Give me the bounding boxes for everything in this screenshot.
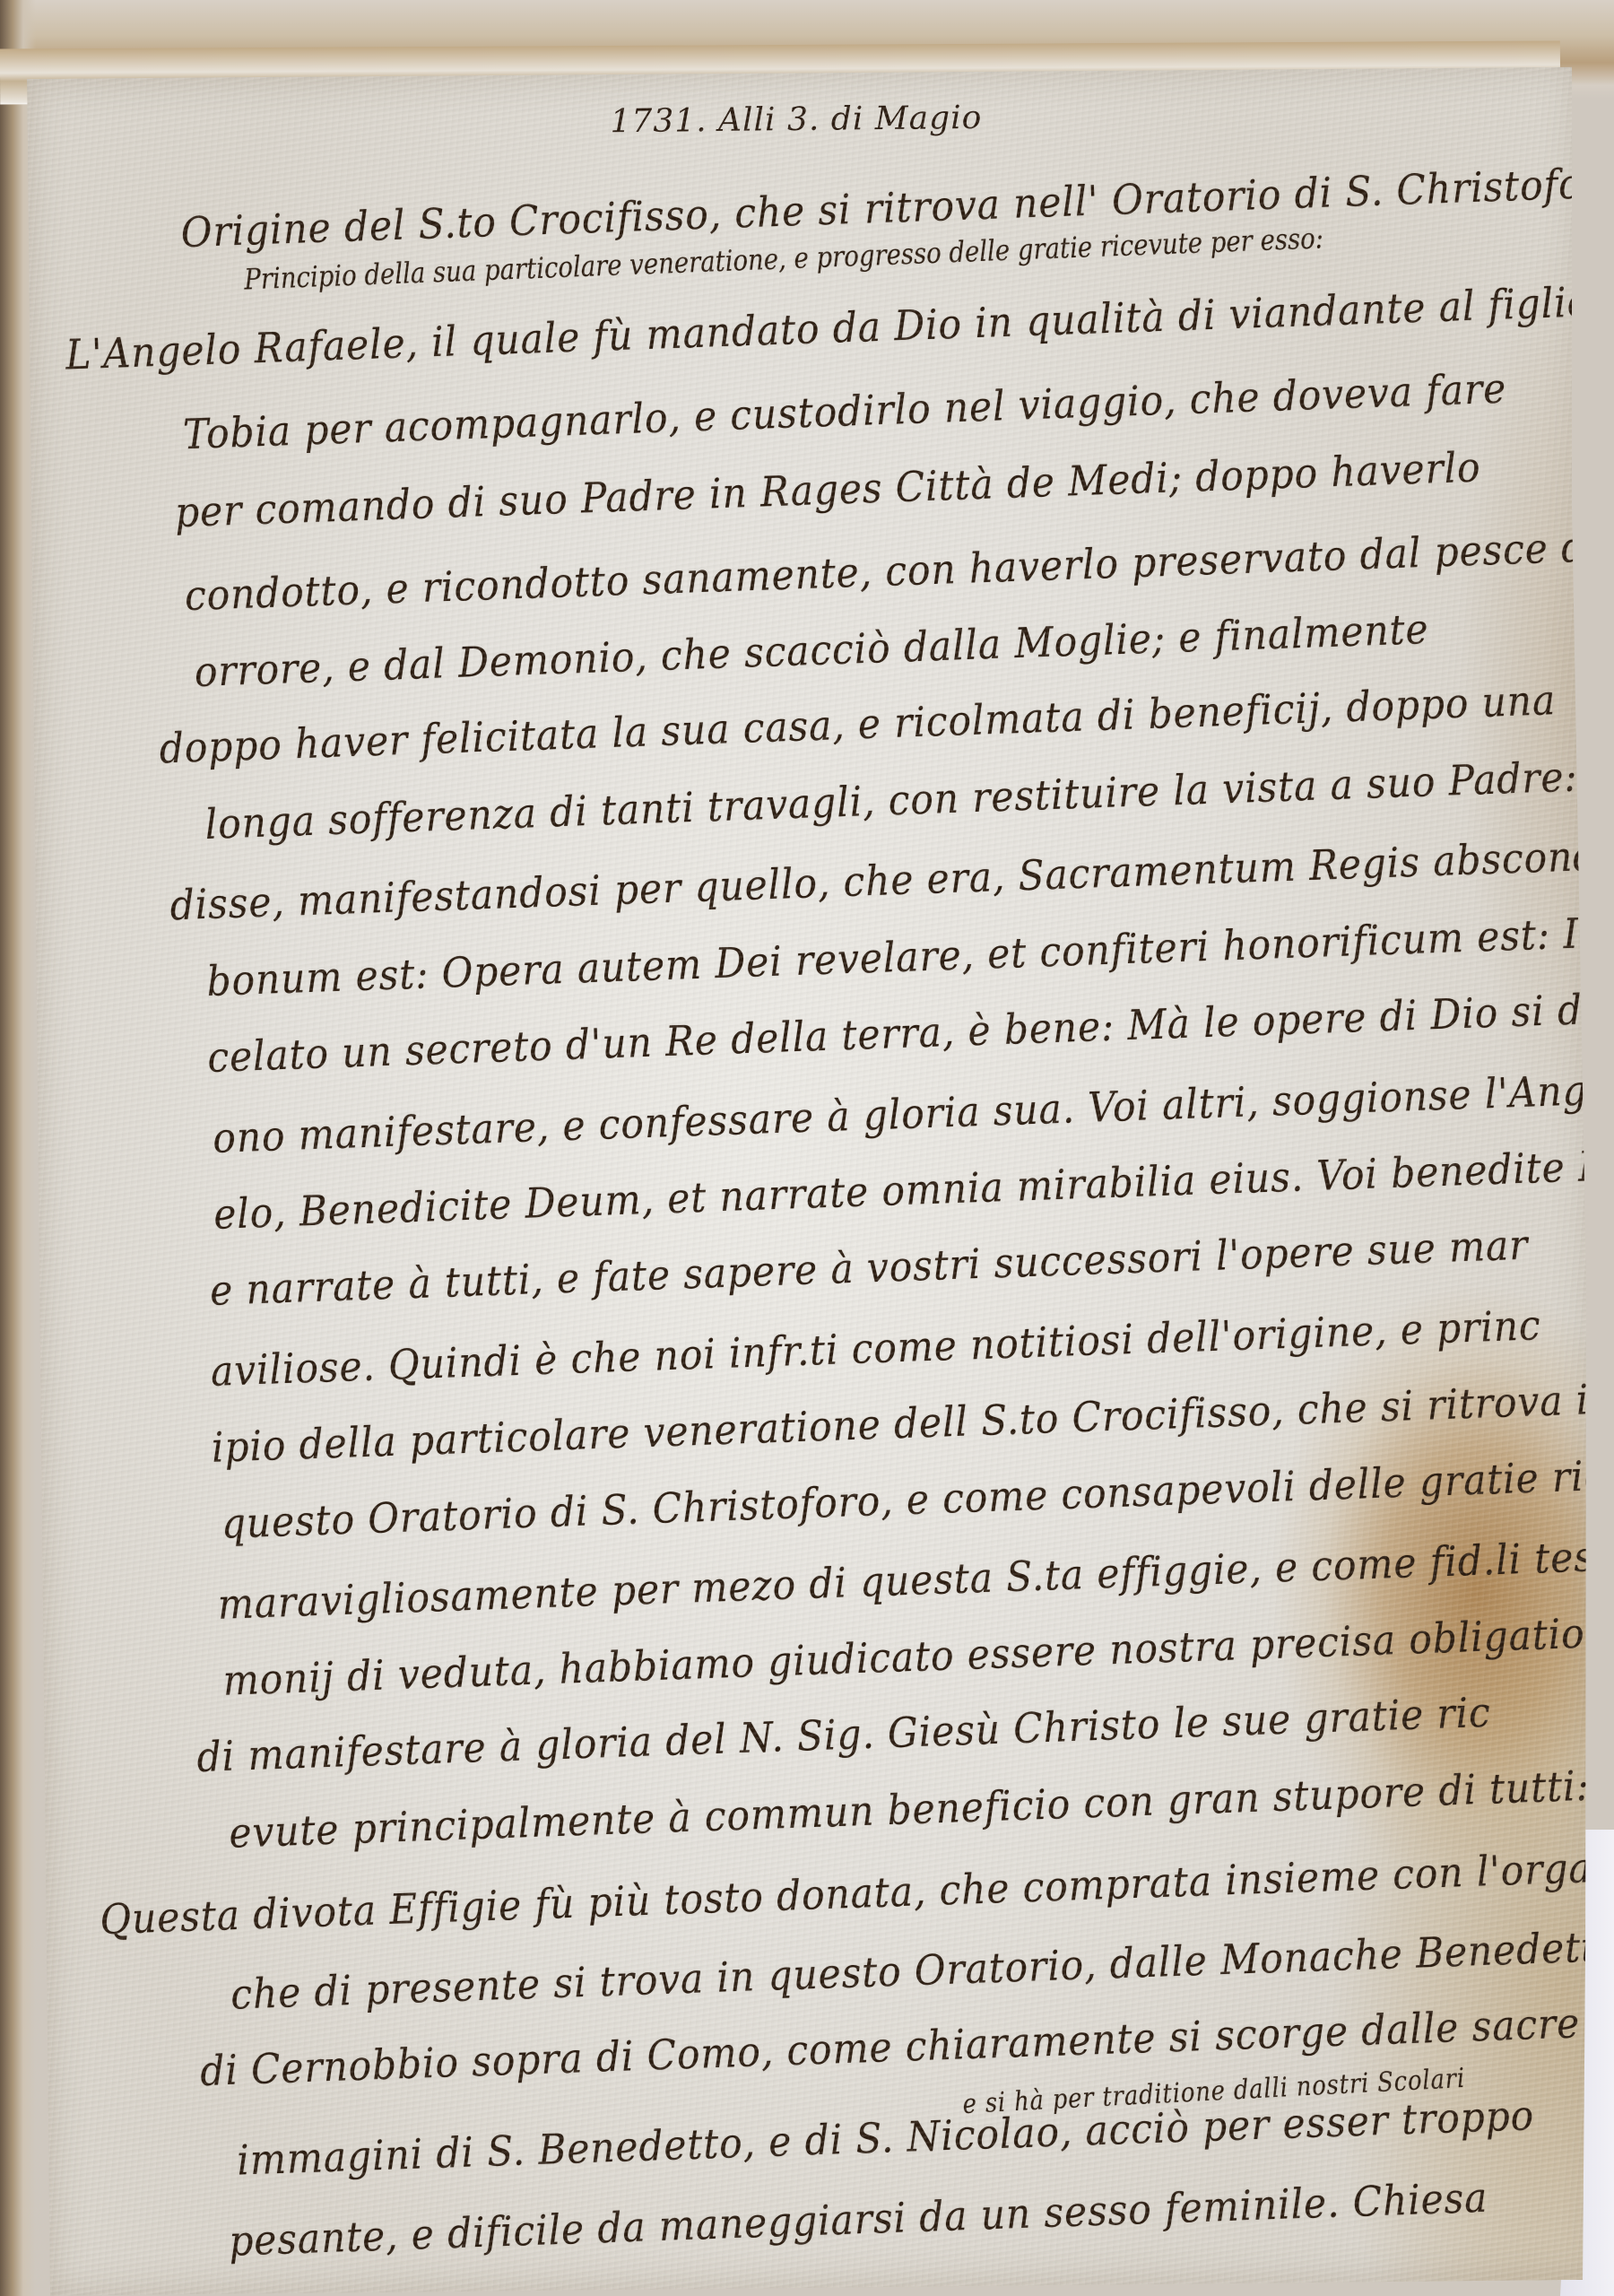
manuscript-line: bonum est: Opera autem Dei revelare, et … (206, 908, 1614, 1002)
manuscript-line: Questa divota Effigie fù più tosto donat… (100, 1845, 1614, 1940)
manuscript-line: longa sofferenza di tanti travagli, con … (204, 756, 1578, 845)
manuscript-line: pesante, e dificile da maneggiarsi da un… (228, 2177, 1488, 2262)
manuscript-page: 1731. Alli 3. di Magio 1 Origine del S.t… (27, 63, 1601, 2296)
manuscript-line: disse, manifestandosi per quello, che er… (169, 832, 1614, 926)
manuscript-photo: 1731. Alli 3. di Magio 1 Origine del S.t… (0, 0, 1614, 2296)
manuscript-line: ipio della particolare veneratione dell … (211, 1378, 1614, 1468)
manuscript-line: doppo haver felicitata la sua casa, e ri… (159, 679, 1557, 769)
folio-number: 1 (1592, 105, 1614, 151)
manuscript-line: Tobia per acompagnarlo, e custodirlo nel… (182, 368, 1506, 456)
manuscript-line: aviliose. Quindi è che noi infr.ti come … (210, 1304, 1541, 1392)
manuscript-line: questo Oratorio di S. Christoforo, e com… (221, 1451, 1614, 1544)
manuscript-line: maravigliosamente per mezo di questa S.t… (217, 1535, 1614, 1625)
manuscript-text: Origine del S.to Crocifisso, che si ritr… (27, 63, 1601, 2296)
manuscript-line: che di presente si trova in questo Orato… (230, 1924, 1614, 2015)
manuscript-line: ono manifestare, e confessare à gloria s… (213, 1069, 1589, 1159)
manuscript-line: monij di veduta, habbiamo giudicato esse… (222, 1611, 1614, 1701)
manuscript-line: per comando di suo Padre in Rages Città … (174, 446, 1481, 533)
manuscript-line: immagini di S. Benedetto, e di S. Nicola… (237, 2094, 1535, 2180)
manuscript-line: di manifestare à gloria del N. Sig. Gies… (196, 1692, 1492, 1778)
manuscript-line: condotto, e ricondotto sanamente, con ha… (184, 526, 1600, 616)
manuscript-line: evute principalmente à commun beneficio … (229, 1765, 1591, 1854)
manuscript-line: celato un secreto d'un Re della terra, è… (207, 987, 1614, 1078)
manuscript-line: e narrate à tutti, e fate sapere à vostr… (209, 1224, 1529, 1311)
manuscript-line: elo, Benedicite Deum, et narrate omnia m… (213, 1143, 1614, 1235)
manuscript-line: orrore, e dal Demonio, che scacciò dalla… (194, 608, 1429, 692)
